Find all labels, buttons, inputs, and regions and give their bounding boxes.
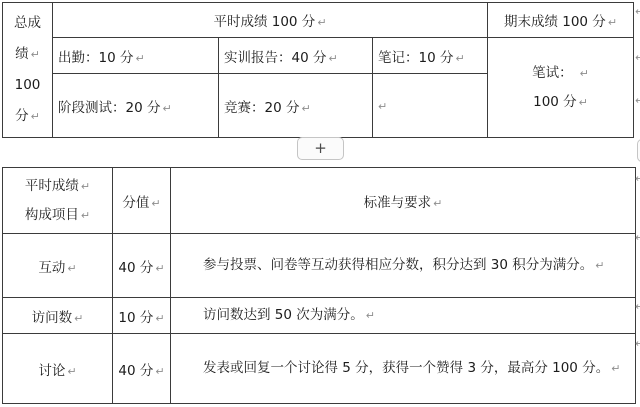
table-row: 访问数↵ 10 分↵ 访问数达到 50 次为满分。↵: [3, 298, 636, 334]
total-line-2: 绩↵: [15, 39, 40, 70]
item-text-0: 互动: [38, 260, 65, 276]
score-text-0: 40 分: [118, 260, 153, 276]
cell-criteria-1[interactable]: 访问数达到 50 次为满分。↵: [171, 298, 636, 334]
cell-header-item[interactable]: 平时成绩↵ 构成项目↵: [3, 168, 113, 234]
training-report-text: 实训报告：40 分: [224, 50, 326, 66]
criteria-text-0: 参与投票、问卷等互动获得相应分数，积分达到 30 积分为满分。: [203, 257, 593, 273]
stage-test-text: 阶段测试：20 分: [58, 100, 160, 116]
cell-header-score[interactable]: 分值↵: [113, 168, 171, 234]
paragraph-mark-icon: ↵: [317, 16, 326, 29]
paragraph-mark-icon: ↵: [155, 262, 164, 275]
add-row-button[interactable]: +: [297, 137, 344, 160]
paragraph-mark-icon: ↵: [81, 180, 90, 193]
cell-criteria-2[interactable]: 发表或回复一个讨论得 5 分，获得一个赞得 3 分，最高分 100 分。↵: [171, 334, 636, 404]
cell-stage-test[interactable]: 阶段测试：20 分↵: [53, 74, 219, 138]
header-item-line-1: 平时成绩↵: [25, 172, 90, 201]
competition-text: 竞赛：20 分: [224, 100, 299, 116]
cell-regular-header[interactable]: 平时成绩 100 分↵: [53, 3, 488, 38]
header-item-text-2: 构成项目: [25, 207, 79, 223]
cell-score-2[interactable]: 40 分↵: [113, 334, 171, 404]
paragraph-mark-icon: ↵: [366, 309, 375, 322]
criteria-text-1: 访问数达到 50 次为满分。: [203, 307, 364, 323]
row-end-mark-icon: ↵: [635, 51, 640, 64]
paragraph-mark-icon: ↵: [301, 102, 310, 115]
row-end-mark-icon: ↵: [635, 94, 640, 107]
cell-total-score[interactable]: 总成 绩↵ 100 分↵: [3, 3, 53, 138]
cell-competition[interactable]: 竞赛：20 分↵: [219, 74, 373, 138]
paragraph-mark-icon: ↵: [328, 52, 337, 65]
paragraph-mark-icon: ↵: [611, 362, 620, 375]
cell-attendance[interactable]: 出勤：10 分↵: [53, 38, 219, 74]
header-criteria-text: 标准与要求: [364, 195, 432, 211]
row-end-mark-icon: ↵: [635, 231, 640, 244]
header-item-line-2: 构成项目↵: [25, 201, 90, 230]
total-text-2: 绩: [15, 46, 29, 62]
paragraph-mark-icon: ↵: [378, 100, 387, 113]
total-line-4: 分↵: [15, 101, 40, 132]
regular-header-text: 平时成绩 100 分: [213, 14, 315, 30]
row-end-mark-icon: ↵: [635, 300, 640, 313]
total-line-1: 总成: [14, 8, 41, 39]
score-text-1: 10 分: [118, 310, 153, 326]
header-item-text-1: 平时成绩: [25, 178, 79, 194]
total-text-3: 100: [15, 77, 41, 93]
paragraph-mark-icon: ↵: [580, 67, 589, 80]
written-exam-line-1: 笔试：↵: [532, 59, 589, 88]
cell-header-criteria[interactable]: 标准与要求↵: [171, 168, 636, 234]
score-text-2: 40 分: [118, 363, 153, 379]
cell-score-0[interactable]: 40 分↵: [113, 234, 171, 298]
total-text-1: 总成: [14, 15, 41, 31]
header-score-text: 分值: [122, 195, 149, 211]
paragraph-mark-icon: ↵: [608, 16, 617, 29]
criteria-table: 平时成绩↵ 构成项目↵ 分值↵ 标准与要求↵ 互动↵ 40 分↵ 参与投票、问卷…: [2, 167, 636, 404]
attendance-text: 出勤：10 分: [58, 50, 133, 66]
paragraph-mark-icon: ↵: [31, 48, 40, 61]
paragraph-mark-icon: ↵: [455, 52, 464, 65]
total-score-lines: 总成 绩↵ 100 分↵: [5, 8, 50, 132]
paragraph-mark-icon: ↵: [595, 259, 604, 272]
written-exam-line-2: 100 分↵: [533, 88, 588, 117]
paragraph-mark-icon: ↵: [135, 52, 144, 65]
row-end-mark-icon: ↵: [635, 5, 640, 18]
cell-written-exam[interactable]: 笔试：↵ 100 分↵: [488, 38, 634, 138]
paragraph-mark-icon: ↵: [67, 262, 76, 275]
paragraph-mark-icon: ↵: [155, 365, 164, 378]
paragraph-mark-icon: ↵: [433, 197, 442, 210]
row-end-mark-icon: ↵: [635, 337, 640, 350]
paragraph-mark-icon: ↵: [155, 312, 164, 325]
paragraph-mark-icon: ↵: [31, 110, 40, 123]
total-text-4: 分: [15, 108, 29, 124]
total-line-3: 100: [15, 70, 41, 101]
grade-summary-table: 总成 绩↵ 100 分↵ 平时成绩 100 分↵ 期末成绩 100 分↵ 出勤：…: [2, 2, 634, 138]
cell-criteria-0[interactable]: 参与投票、问卷等互动获得相应分数，积分达到 30 积分为满分。↵: [171, 234, 636, 298]
cell-training-report[interactable]: 实训报告：40 分↵: [219, 38, 373, 74]
paragraph-mark-icon: ↵: [81, 209, 90, 222]
criteria-text-2: 发表或回复一个讨论得 5 分，获得一个赞得 3 分，最高分 100 分。: [203, 360, 609, 376]
item-text-2: 讨论: [38, 363, 65, 379]
paragraph-mark-icon: ↵: [162, 102, 171, 115]
cell-notes[interactable]: 笔记：10 分↵: [373, 38, 488, 74]
table-row: 讨论↵ 40 分↵ 发表或回复一个讨论得 5 分，获得一个赞得 3 分，最高分 …: [3, 334, 636, 404]
cell-score-1[interactable]: 10 分↵: [113, 298, 171, 334]
written-exam-lines: 笔试：↵ 100 分↵: [490, 59, 631, 117]
paragraph-mark-icon: ↵: [67, 365, 76, 378]
paragraph-mark-icon: ↵: [74, 312, 83, 325]
written-exam-text-2: 100 分: [533, 94, 577, 110]
notes-text: 笔记：10 分: [378, 50, 453, 66]
paragraph-mark-icon: ↵: [579, 96, 588, 109]
header-item-lines: 平时成绩↵ 构成项目↵: [5, 172, 110, 230]
cell-item-1[interactable]: 访问数↵: [3, 298, 113, 334]
item-text-1: 访问数: [32, 310, 73, 326]
row-end-mark-icon: ↵: [635, 172, 640, 185]
add-row-label: +: [314, 141, 327, 156]
cell-empty[interactable]: ↵: [373, 74, 488, 138]
cell-final-header[interactable]: 期末成绩 100 分↵: [488, 3, 634, 38]
final-header-text: 期末成绩 100 分: [504, 14, 606, 30]
cell-item-0[interactable]: 互动↵: [3, 234, 113, 298]
document-canvas: 总成 绩↵ 100 分↵ 平时成绩 100 分↵ 期末成绩 100 分↵ 出勤：…: [0, 0, 640, 407]
written-exam-text-1: 笔试：: [532, 65, 573, 81]
cell-item-2[interactable]: 讨论↵: [3, 334, 113, 404]
paragraph-mark-icon: ↵: [151, 197, 160, 210]
table-row: 互动↵ 40 分↵ 参与投票、问卷等互动获得相应分数，积分达到 30 积分为满分…: [3, 234, 636, 298]
